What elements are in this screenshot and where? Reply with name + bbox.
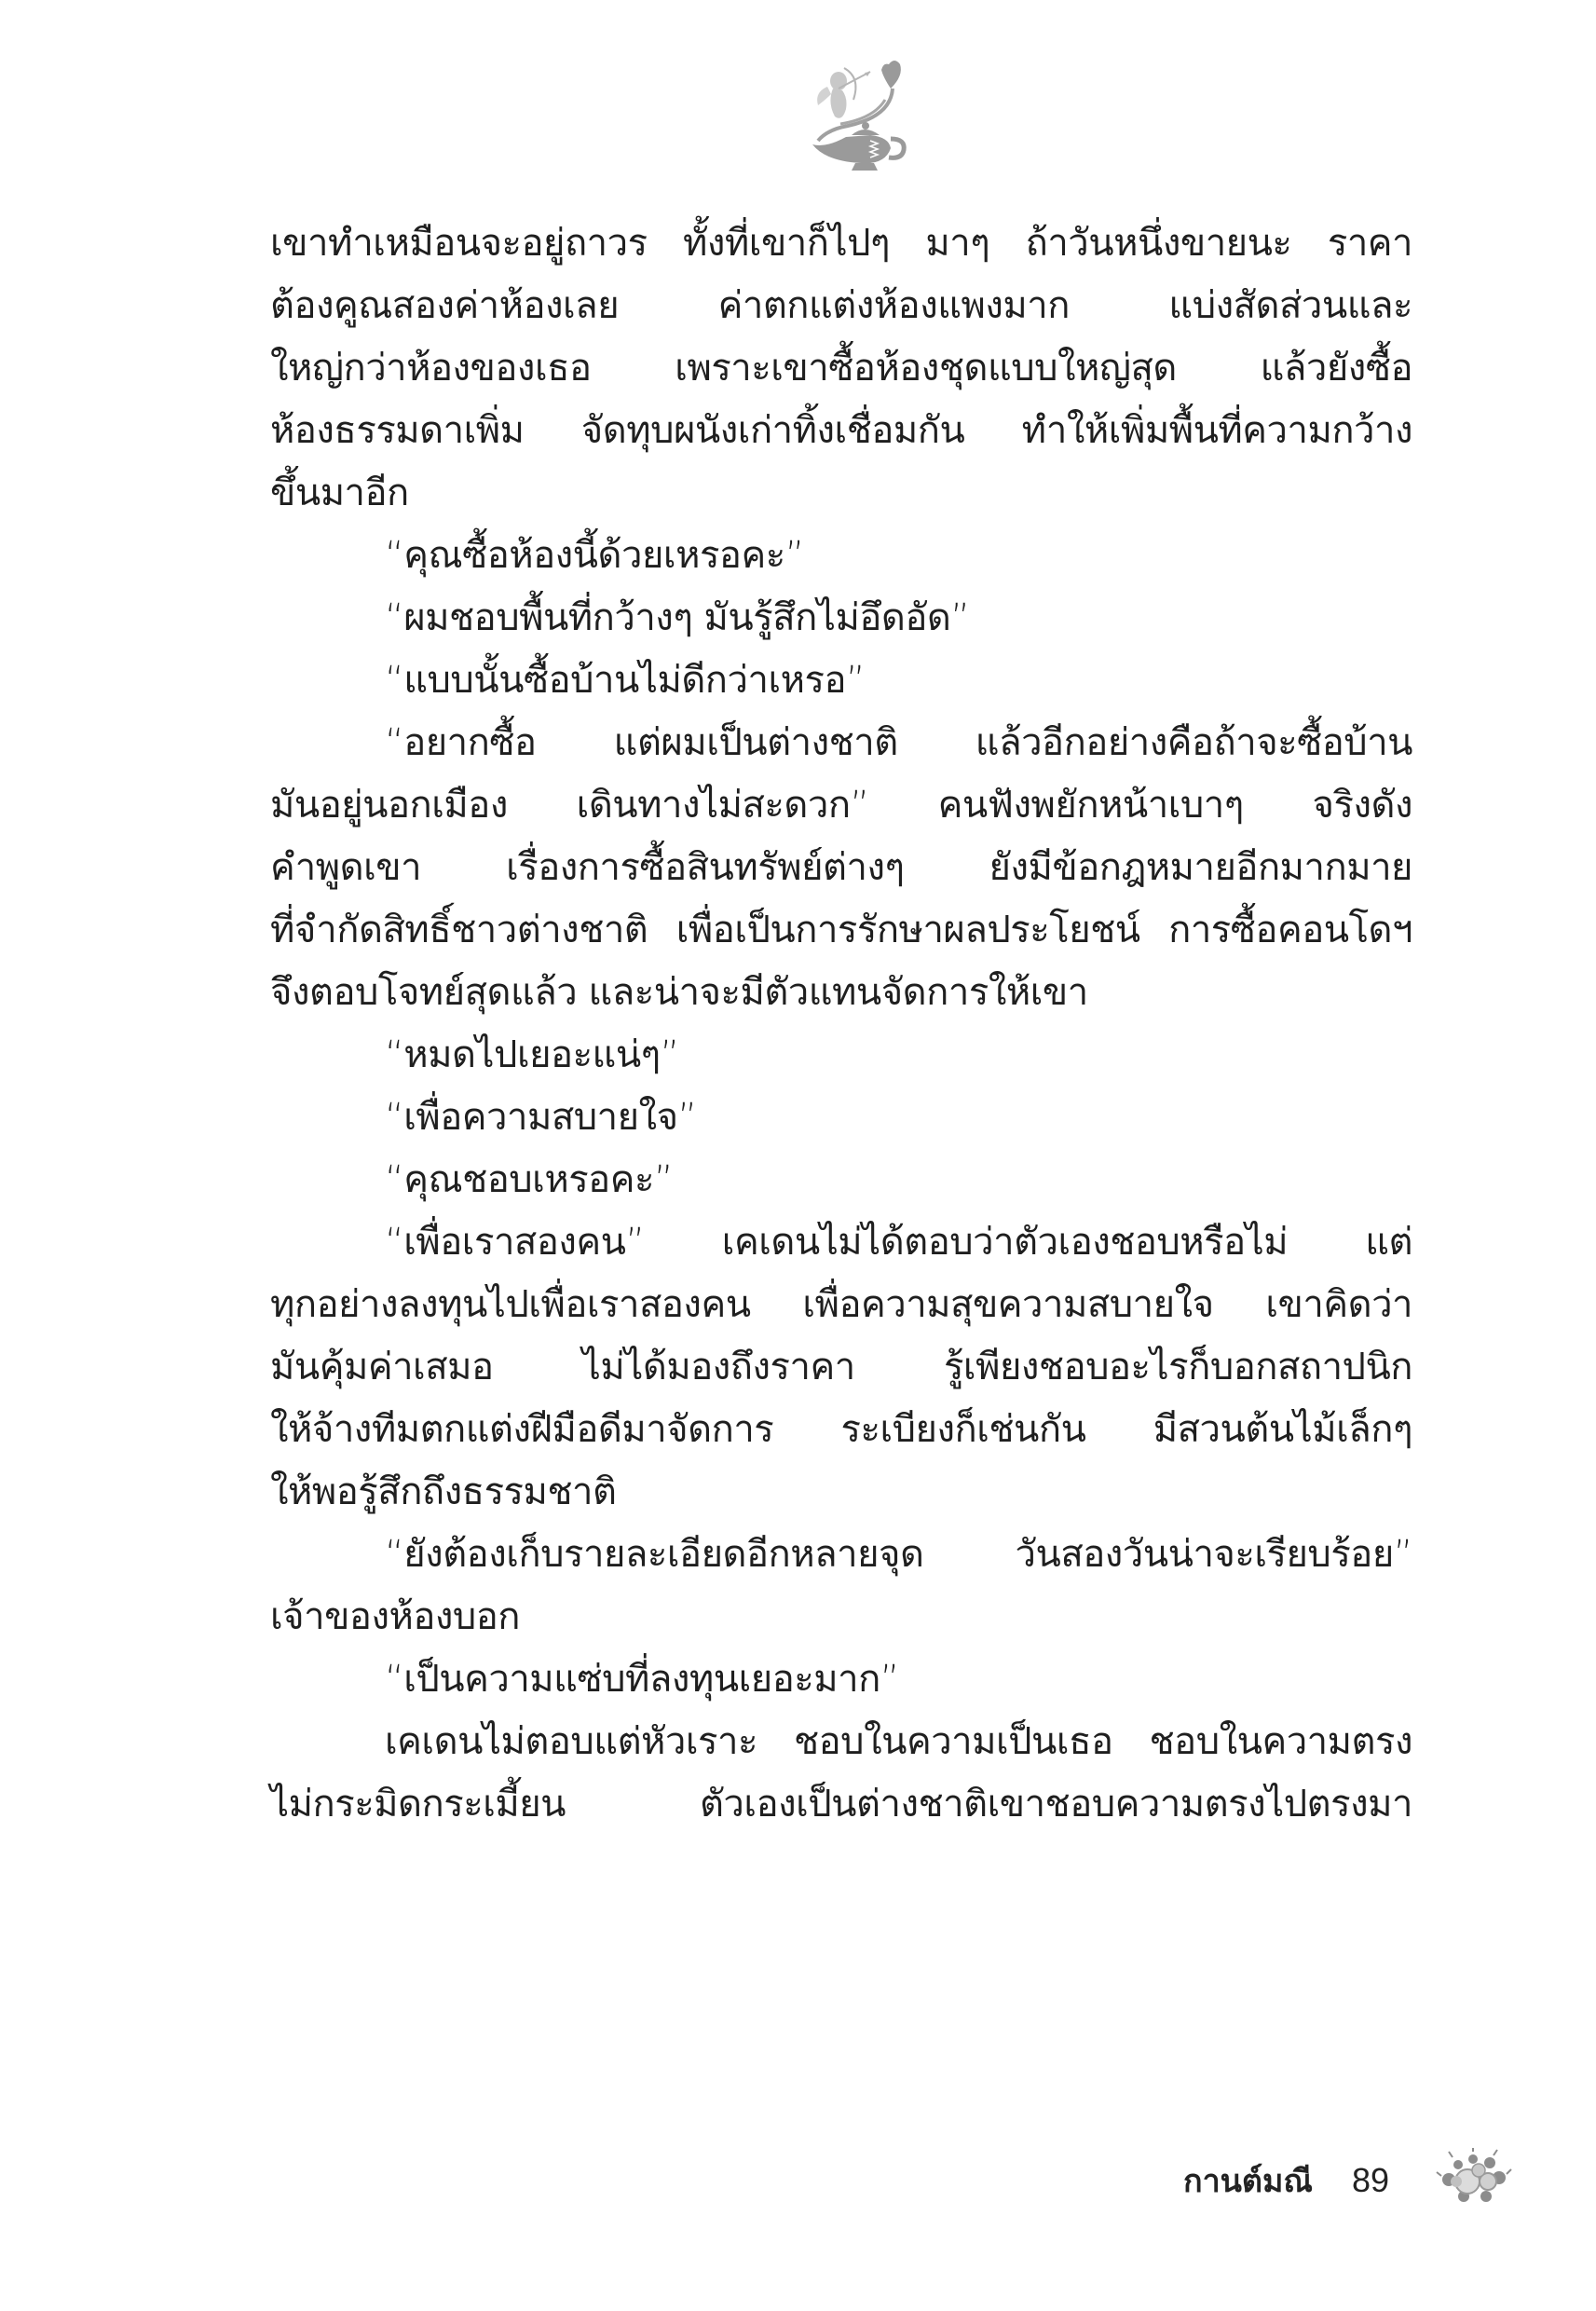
dialogue-line: “แบบนั้นซื้อบ้านไม่ดีกว่าเหรอ” (385, 650, 865, 712)
book-title: กานต์มณี (1183, 2155, 1313, 2206)
text-line: ให้จ้างทีมตกแต่งฝีมือดีมาจัดการ ระเบียงก… (270, 1399, 1412, 1461)
dialogue-line: “หมดไปเยอะแน่ๆ” (385, 1024, 679, 1087)
dialogue-line: “เป็นความแซ่บที่ลงทุนเยอะมาก” (385, 1648, 899, 1711)
cupid-teapot-lamp-icon (781, 51, 911, 172)
text-line: เจ้าของห้องบอก (270, 1586, 520, 1648)
text-line: ที่จำกัดสิทธิ์ชาวต่างชาติ เพื่อเป็นการรั… (270, 899, 1412, 962)
text-line: เคเดนไม่ตอบแต่หัวเราะ ชอบในความเป็นเธอ ช… (385, 1711, 1412, 1773)
flower-bouquet-icon (1436, 2148, 1512, 2213)
page-footer: กานต์มณี 89 (1183, 2143, 1512, 2218)
text-line: จึงตอบโจทย์สุดแล้ว และน่าจะมีตัวแทนจัดกา… (270, 962, 1088, 1024)
text-line: ห้องธรรมดาเพิ่ม จัดทุบผนังเก่าทิ้งเชื่อม… (270, 400, 1412, 462)
dialogue-line: “คุณซื้อห้องนี้ด้วยเหรอคะ” (385, 525, 804, 587)
text-line: มันอยู่นอกเมือง เดินทางไม่สะดวก” คนฟังพย… (270, 774, 1412, 837)
text-line: ต้องคูณสองค่าห้องเลย ค่าตกแต่งห้องแพงมาก… (270, 275, 1412, 337)
text-line: ไม่กระมิดกระเมี้ยน ตัวเองเป็นต่างชาติเขา… (270, 1773, 1412, 1836)
text-line: ขึ้นมาอีก (270, 462, 409, 525)
book-page: เขาทำเหมือนจะอยู่ถาวร ทั้งที่เขาก็ไปๆ มา… (0, 0, 1596, 2311)
dialogue-line: “ยังต้องเก็บรายละเอียดอีกหลายจุด วันสองว… (385, 1524, 1412, 1586)
text-line: มันคุ้มค่าเสมอ ไม่ได้มองถึงราคา รู้เพียง… (270, 1336, 1412, 1399)
dialogue-line: “ผมชอบพื้นที่กว้างๆ มันรู้สึกไม่อึดอัด” (385, 587, 970, 650)
dialogue-line: “เพื่อเราสองคน” เคเดนไม่ได้ตอบว่าตัวเองช… (385, 1211, 1412, 1274)
page-number: 89 (1352, 2161, 1389, 2200)
dialogue-line: “อยากซื้อ แต่ผมเป็นต่างชาติ แล้วอีกอย่าง… (385, 712, 1412, 774)
text-line: ใหญ่กว่าห้องของเธอ เพราะเขาซื้อห้องชุดแบ… (270, 337, 1412, 400)
text-line: เขาทำเหมือนจะอยู่ถาวร ทั้งที่เขาก็ไปๆ มา… (270, 212, 1412, 275)
dialogue-line: “คุณชอบเหรอคะ” (385, 1149, 673, 1211)
dialogue-line: “เพื่อความสบายใจ” (385, 1087, 697, 1149)
text-line: คำพูดเขา เรื่องการซื้อสินทรัพย์ต่างๆ ยัง… (270, 837, 1412, 899)
text-line: ให้พอรู้สึกถึงธรรมชาติ (270, 1461, 617, 1524)
text-line: ทุกอย่างลงทุนไปเพื่อเราสองคน เพื่อความสุ… (270, 1274, 1412, 1336)
